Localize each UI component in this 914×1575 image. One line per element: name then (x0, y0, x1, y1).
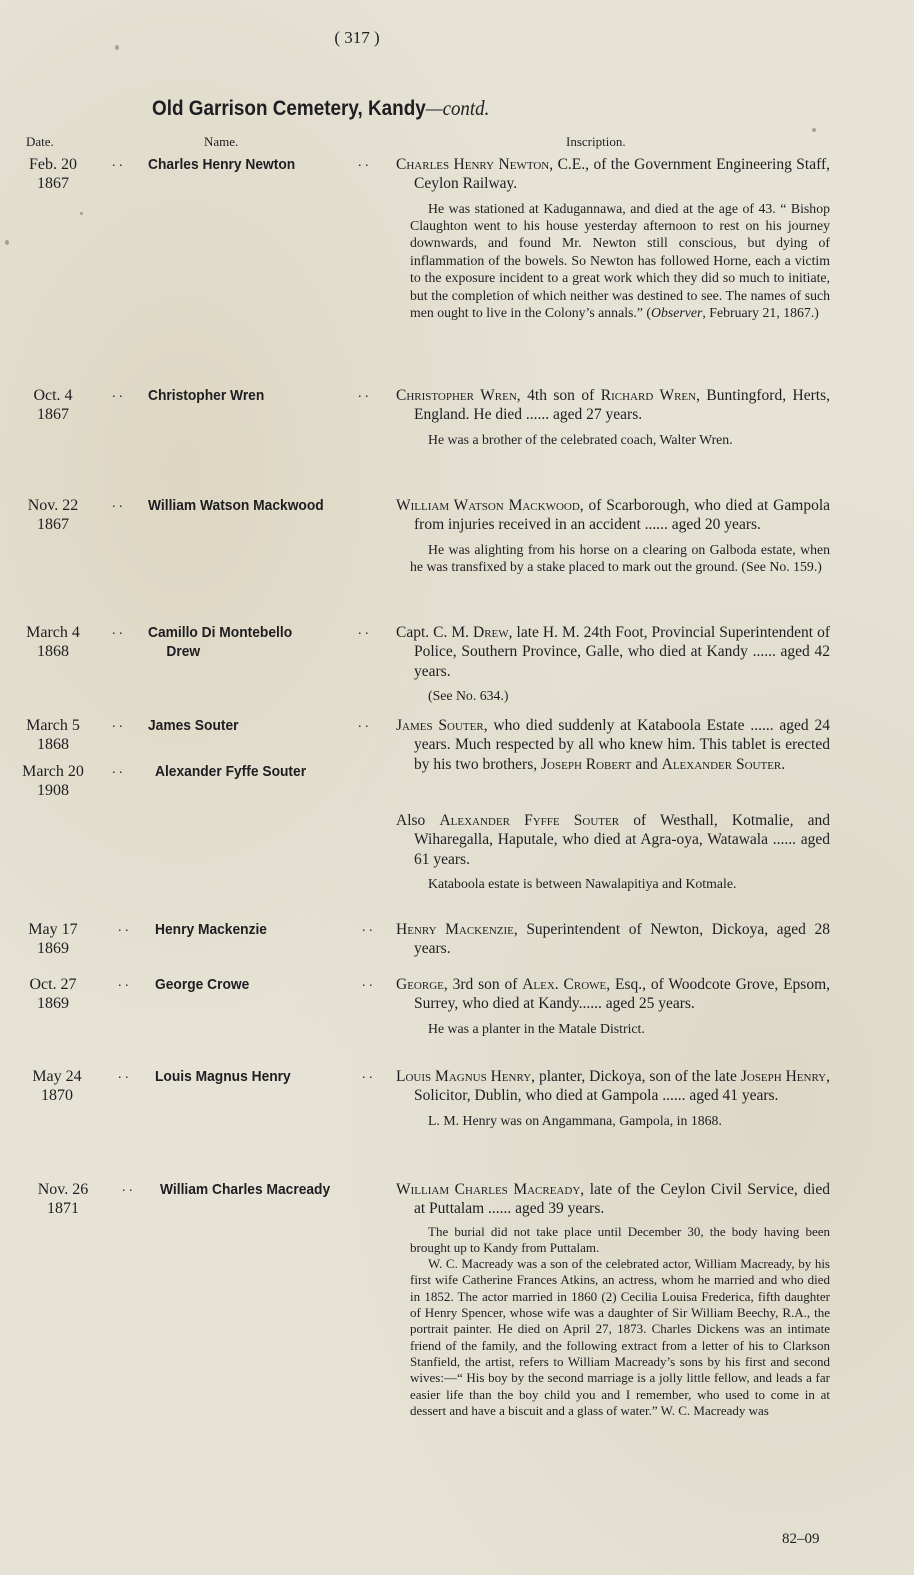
entry-note: L. M. Henry was on Angammana, Gampola, i… (410, 1112, 830, 1129)
separator-dots: . . (118, 975, 129, 991)
entry-name: Henry Mackenzie (155, 920, 267, 939)
entry-inscription: William Charles Macready, late of the Ce… (396, 1180, 830, 1419)
column-header-date: Date. (26, 134, 54, 150)
entry-date: May 241870 (12, 1067, 102, 1105)
entry-name: James Souter (148, 716, 239, 735)
entry-date: Oct. 271869 (8, 975, 98, 1013)
entry-note-extended: W. C. Macready was a son of the celebrat… (410, 1256, 830, 1419)
entry-inscription: Charles Henry Newton, C.E., of the Gover… (396, 155, 830, 321)
entry-inscription: George, 3rd son of Alex. Crowe, Esq., of… (396, 975, 830, 1037)
entry-date: Feb. 201867 (8, 155, 98, 193)
entry-date: March 41868 (8, 623, 98, 661)
separator-dots: . . (358, 716, 369, 732)
entry-date: March 201908 (8, 762, 98, 800)
column-header-inscription: Inscription. (566, 134, 626, 150)
entry-date: Nov. 221867 (8, 496, 98, 534)
separator-dots: . . (112, 762, 123, 778)
page-number: ( 317 ) (0, 28, 914, 48)
paper-speck (5, 240, 9, 245)
entry-name: William Watson Mackwood (148, 496, 324, 515)
page-title: Old Garrison Cemetery, Kandy—contd. (152, 96, 489, 121)
entry-inscription: Henry Mackenzie, Superintendent of Newto… (396, 920, 830, 959)
entry-inscription: James Souter, who died suddenly at Katab… (396, 716, 830, 774)
entry-date: May 171869 (8, 920, 98, 958)
separator-dots: . . (362, 1067, 373, 1083)
entry-name: George Crowe (155, 975, 249, 994)
signature-mark: 82–09 (782, 1531, 820, 1548)
entry-inscription: Christopher Wren, 4th son of Richard Wre… (396, 386, 830, 448)
separator-dots: . . (362, 920, 373, 936)
separator-dots: . . (358, 623, 369, 639)
entry-name: William Charles Macready (160, 1180, 330, 1199)
entry-name: Charles Henry Newton (148, 155, 295, 174)
entry-date: Oct. 41867 (8, 386, 98, 424)
separator-dots: . . (358, 155, 369, 171)
entry-note: The burial did not take place until Dece… (410, 1224, 830, 1257)
entry-name: Alexander Fyffe Souter (155, 762, 306, 781)
separator-dots: . . (362, 975, 373, 991)
entry-note: He was stationed at Kadugannawa, and die… (410, 200, 830, 322)
entry-inscription: Louis Magnus Henry, planter, Dickoya, so… (396, 1067, 830, 1129)
separator-dots: . . (112, 155, 123, 171)
entry-inscription: Capt. C. M. Drew, late H. M. 24th Foot, … (396, 623, 830, 704)
entry-note: He was a brother of the celebrated coach… (410, 431, 830, 448)
separator-dots: . . (112, 623, 123, 639)
entry-inscription: William Watson Mackwood, of Scarborough,… (396, 496, 830, 575)
paper-speck (80, 212, 83, 215)
separator-dots: . . (112, 496, 123, 512)
entry-note: (See No. 634.) (410, 687, 830, 704)
paper-speck (812, 128, 816, 132)
entry-note: He was alighting from his horse on a cle… (410, 541, 830, 576)
entry-note: Kataboola estate is between Nawalapitiya… (410, 875, 830, 892)
separator-dots: . . (112, 716, 123, 732)
separator-dots: . . (122, 1180, 133, 1196)
entry-name: Louis Magnus Henry (155, 1067, 291, 1086)
entry-note: He was a planter in the Matale District. (410, 1020, 830, 1037)
entry-date: March 51868 (8, 716, 98, 754)
column-header-name: Name. (204, 134, 238, 150)
entry-inscription: Also Alexander Fyffe Souter of Westhall,… (396, 811, 830, 892)
separator-dots: . . (118, 1067, 129, 1083)
entry-date: Nov. 261871 (18, 1180, 108, 1218)
separator-dots: . . (112, 386, 123, 402)
separator-dots: . . (358, 386, 369, 402)
separator-dots: . . (118, 920, 129, 936)
entry-name: Christopher Wren (148, 386, 264, 405)
entry-name: Camillo Di MontebelloDrew (148, 623, 292, 661)
